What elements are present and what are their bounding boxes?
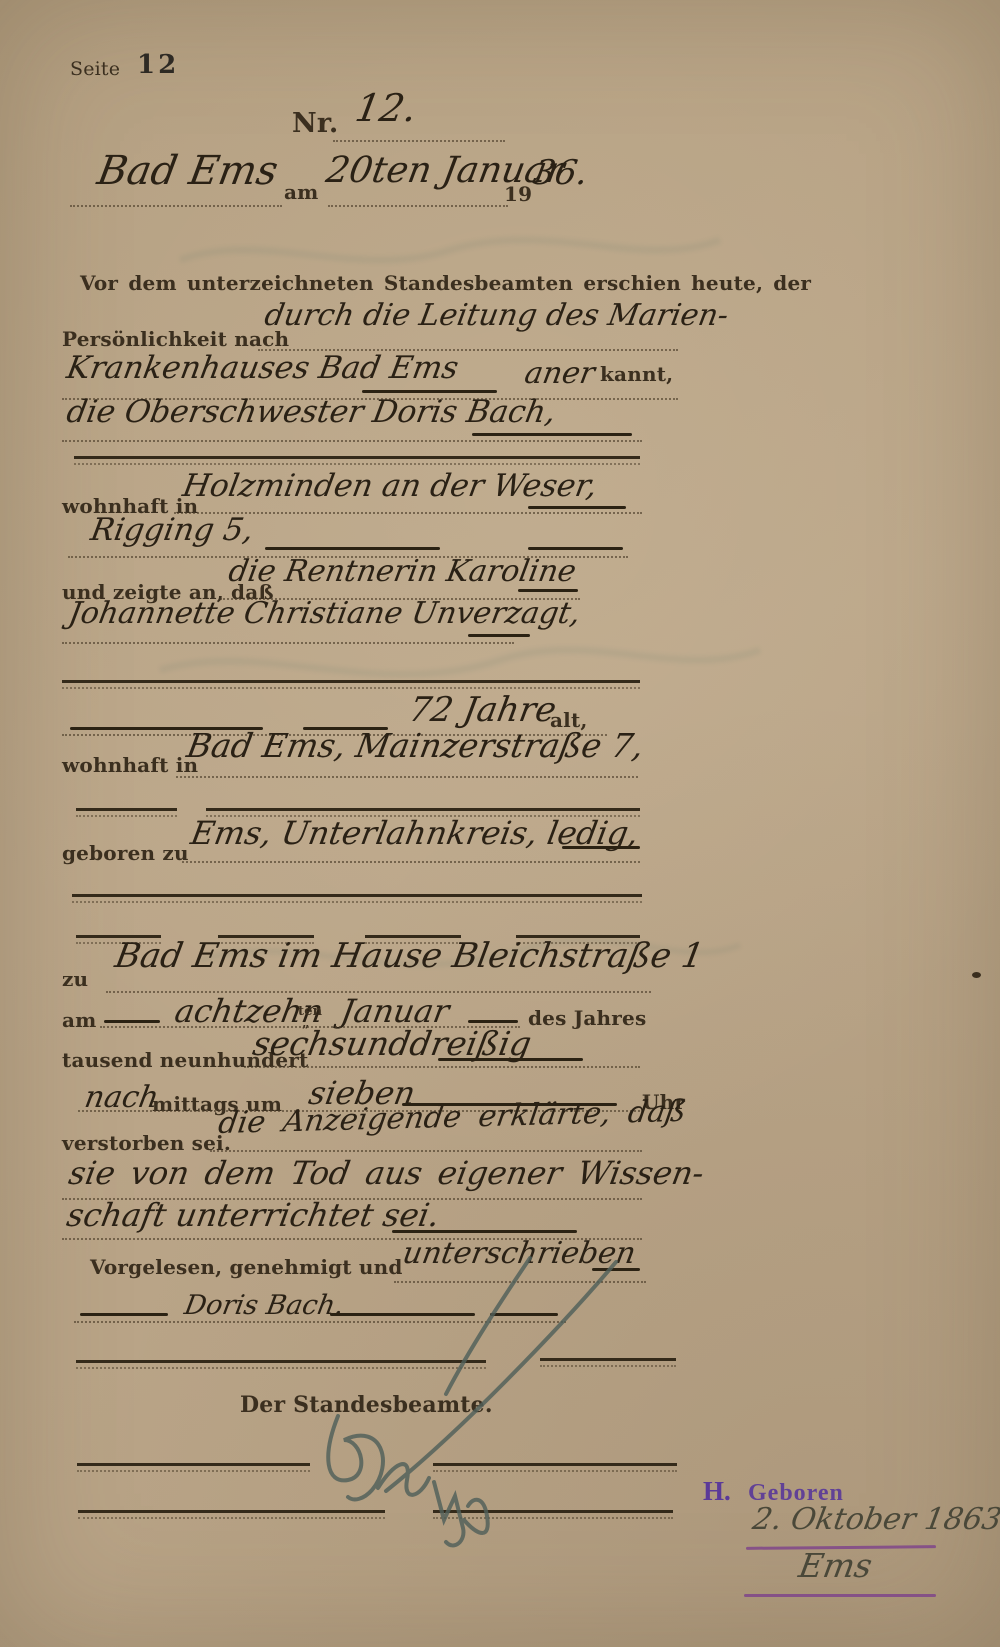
ruled-line	[206, 808, 640, 811]
filler-dash	[472, 433, 632, 436]
ruled-line	[62, 680, 640, 683]
residence-street-handwritten: Rigging 5,	[88, 512, 256, 548]
identity-suffix: kannt,	[600, 362, 673, 386]
page-label: Seite	[70, 58, 120, 80]
filler-dash	[562, 846, 640, 849]
dotted-line	[328, 205, 508, 207]
died-label: verstorben sei.	[62, 1131, 231, 1155]
death-place-label: zu	[62, 967, 88, 991]
dotted-line	[176, 776, 638, 778]
filler-dash	[528, 506, 626, 509]
stamp-h-label: H.	[703, 1476, 731, 1507]
residence-handwritten: Holzminden an der Weser,	[180, 468, 600, 504]
page-number-stamp: 12	[137, 50, 179, 80]
declarant-handwritten: die Oberschwester Doris Bach,	[64, 394, 559, 430]
identity-label: Persönlichkeit nach	[62, 327, 289, 351]
age-handwritten: 72 Jahre	[406, 690, 559, 730]
death-day-label: am	[62, 1008, 97, 1032]
dotted-line	[62, 440, 642, 442]
ruled-line	[77, 1463, 310, 1466]
filler-dash	[528, 547, 623, 550]
filler-dash	[265, 547, 440, 550]
deceased-handwritten: die Rentnerin Karoline	[226, 554, 579, 589]
year-prefix: 19	[504, 182, 532, 206]
place-handwritten: Bad Ems	[94, 148, 281, 194]
filler-dash	[468, 634, 530, 637]
nr-value-handwritten: 12.	[352, 86, 420, 130]
stamp-birth-place-handwritten: Ems	[796, 1546, 875, 1585]
identity-handwritten: durch die Leitung des Marien-	[262, 298, 731, 333]
identity-handwritten-2: Krankenhauses Bad Ems	[64, 350, 461, 386]
dotted-line	[62, 642, 514, 644]
dotted-line	[70, 205, 282, 207]
filler-dash	[518, 589, 578, 592]
declaration-handwritten-2: sie von dem Tod aus eigener Wissen-	[66, 1154, 707, 1192]
death-register-page: Seite 12 Nr. 12. Bad Ems am 20ten Januar…	[0, 0, 1000, 1647]
death-place-handwritten: Bad Ems im Hause Bleichstraße 1	[112, 936, 707, 976]
intro-line: Vor dem unterzeichneten Standesbeamten e…	[80, 271, 811, 295]
death-year-label: des Jahres	[528, 1006, 646, 1030]
stamp-birth-date-handwritten: 2. Oktober 1863	[750, 1502, 1000, 1537]
filler-dash	[104, 1020, 160, 1023]
residence2-handwritten: Bad Ems, Mainzerstraße 7,	[184, 726, 647, 765]
year-handwritten: 36.	[530, 153, 591, 193]
filler-dash	[468, 1020, 518, 1023]
nr-label: Nr.	[292, 108, 338, 139]
dotted-line	[244, 1066, 640, 1068]
ruled-line	[72, 894, 642, 897]
residence2-label: wohnhaft in	[62, 753, 198, 777]
filler-dash	[362, 390, 497, 393]
paper-speck	[972, 972, 981, 978]
declaration-handwritten-3: schaft unterrichtet sei.	[64, 1196, 443, 1234]
stamp-underline	[744, 1594, 936, 1597]
filler-dash	[438, 1058, 583, 1061]
registrar-signature	[298, 1256, 638, 1556]
deceased-handwritten-2: Johannette Christiane Unverzagt,	[66, 596, 583, 631]
filler-dash	[80, 1313, 168, 1316]
am-label: am	[284, 180, 319, 204]
dotted-line	[333, 140, 505, 142]
dotted-line	[182, 861, 640, 863]
dotted-line	[210, 1150, 642, 1152]
identity-handwritten-3: aner	[522, 356, 597, 391]
ruled-line	[74, 456, 640, 459]
born-label: geboren zu	[62, 841, 189, 865]
ruled-line	[76, 808, 177, 811]
filler-dash	[392, 1230, 577, 1233]
